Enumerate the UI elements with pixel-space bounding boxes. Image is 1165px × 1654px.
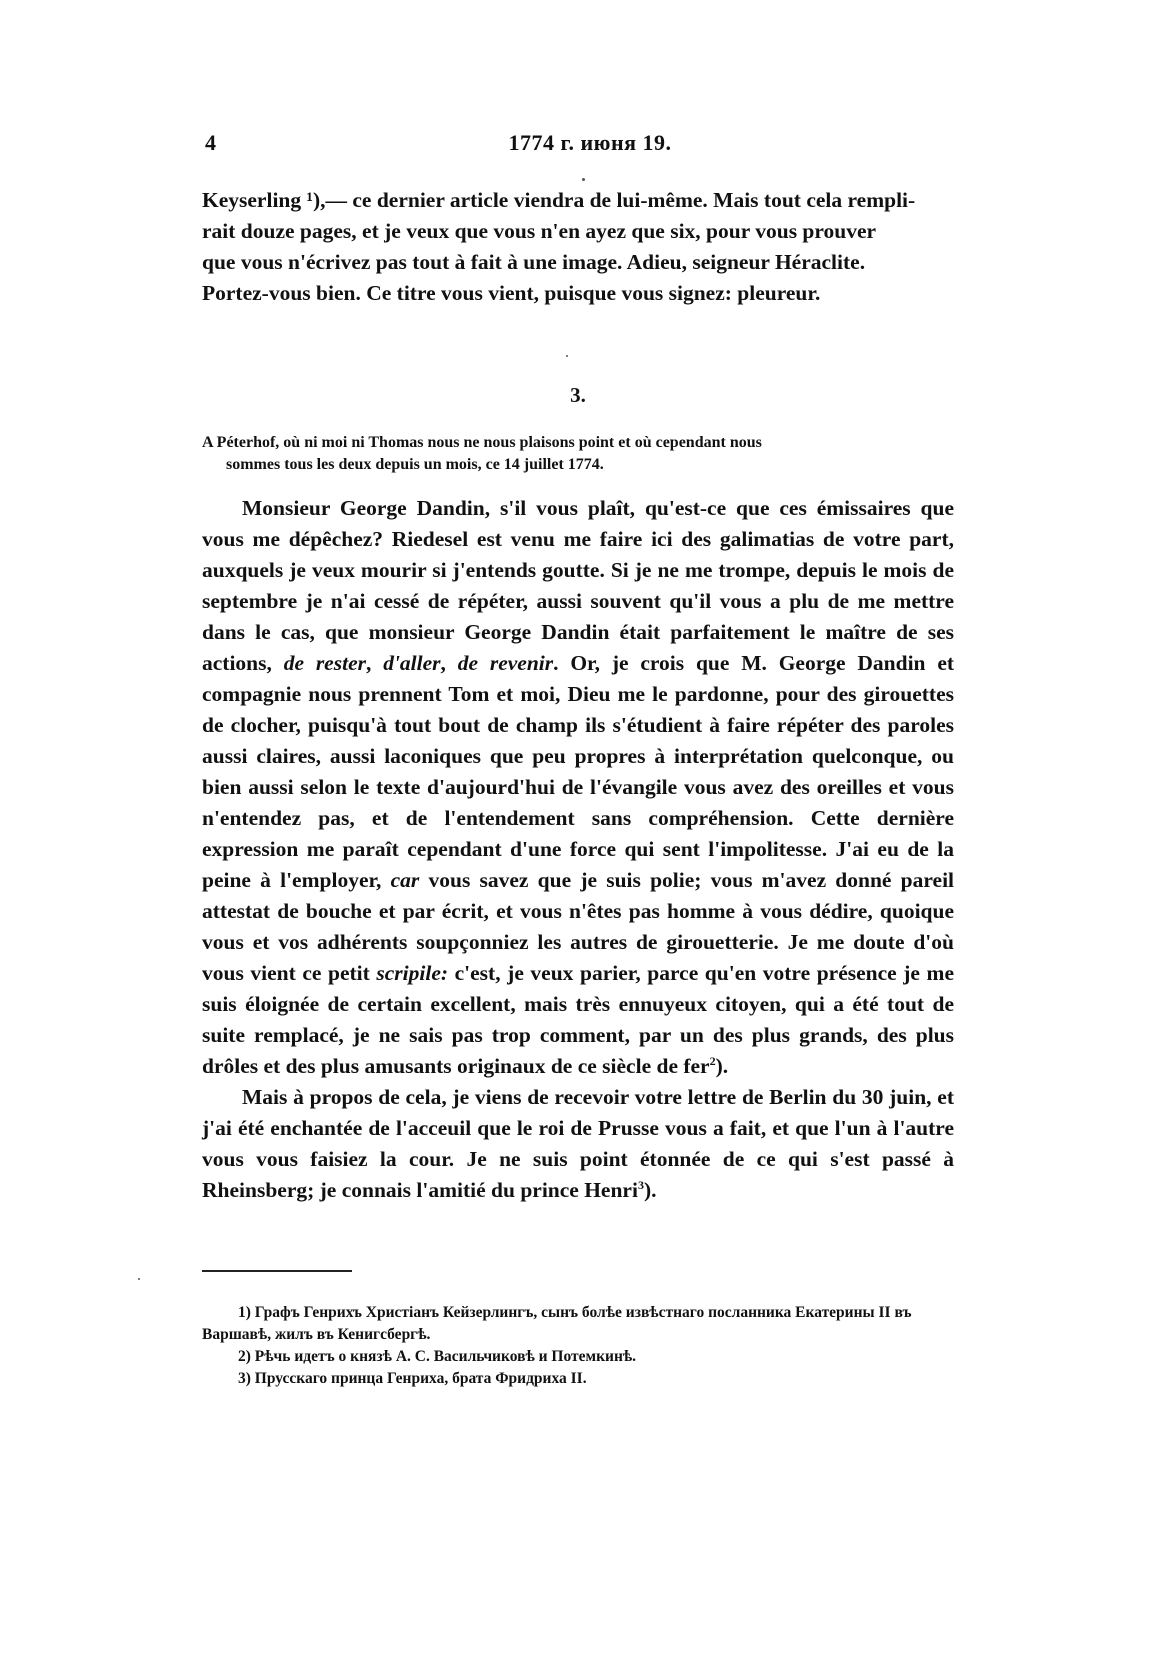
footnote-1: 1) Графъ Генрихъ Христіанъ Кейзерлингъ, … <box>202 1302 954 1346</box>
letter-body: Monsieur George Dandin, s'il vous plaît,… <box>202 493 954 1206</box>
text-line: rait douze pages, et je veux que vous n'… <box>202 216 954 247</box>
paragraph: Monsieur George Dandin, s'il vous plaît,… <box>202 493 954 1082</box>
punctuation: , <box>366 651 383 675</box>
italic-phrase: d'aller <box>383 651 440 675</box>
print-speck <box>582 178 585 181</box>
document-page: 4 1774 г. июня 19. Keyserling ¹),— ce de… <box>0 0 1165 1654</box>
text-line: Keyserling ¹),— ce dernier article viend… <box>202 185 954 216</box>
paragraph-text: Mais à propos de cela, je viens de recev… <box>202 1085 954 1202</box>
print-speck <box>566 355 568 357</box>
paragraph: Mais à propos de cela, je viens de recev… <box>202 1082 954 1206</box>
dateline-line: A Péterhof, où ni moi ni Thomas nous ne … <box>202 432 954 454</box>
footnote-2: 2) Рѣчь идетъ о князѣ А. С. Васильчиковѣ… <box>202 1346 954 1368</box>
punctuation: ). <box>644 1178 657 1202</box>
punctuation: , <box>441 651 458 675</box>
italic-word: scripile: <box>376 961 448 985</box>
paragraph-text: Monsieur George Dandin, s'il vous plaît,… <box>202 496 954 675</box>
letter-number: 3. <box>202 383 954 408</box>
text-line: que vous n'écrivez pas tout à fait à une… <box>202 247 954 278</box>
continuation-text: Keyserling ¹),— ce dernier article viend… <box>202 185 954 309</box>
paragraph-text: . Or, je crois que M. George Dandin et c… <box>202 651 954 892</box>
letter-dateline: A Péterhof, où ni moi ni Thomas nous ne … <box>202 432 954 476</box>
text-line: Portez-vous bien. Ce titre vous vient, p… <box>202 278 954 309</box>
footnote-3: 3) Прусскаго принца Генриха, брата Фридр… <box>202 1368 954 1390</box>
italic-word: car <box>391 868 420 892</box>
dateline-line: sommes tous les deux depuis un mois, ce … <box>202 454 954 476</box>
italic-phrase: de rester <box>284 651 366 675</box>
punctuation: ). <box>716 1054 729 1078</box>
page-header: 4 1774 г. июня 19. <box>205 130 975 170</box>
footnotes: 1) Графъ Генрихъ Христіанъ Кейзерлингъ, … <box>202 1302 954 1390</box>
footnote-divider <box>202 1270 352 1272</box>
italic-phrase: de revenir <box>458 651 553 675</box>
running-title: 1774 г. июня 19. <box>205 130 975 156</box>
print-speck <box>138 1278 140 1280</box>
